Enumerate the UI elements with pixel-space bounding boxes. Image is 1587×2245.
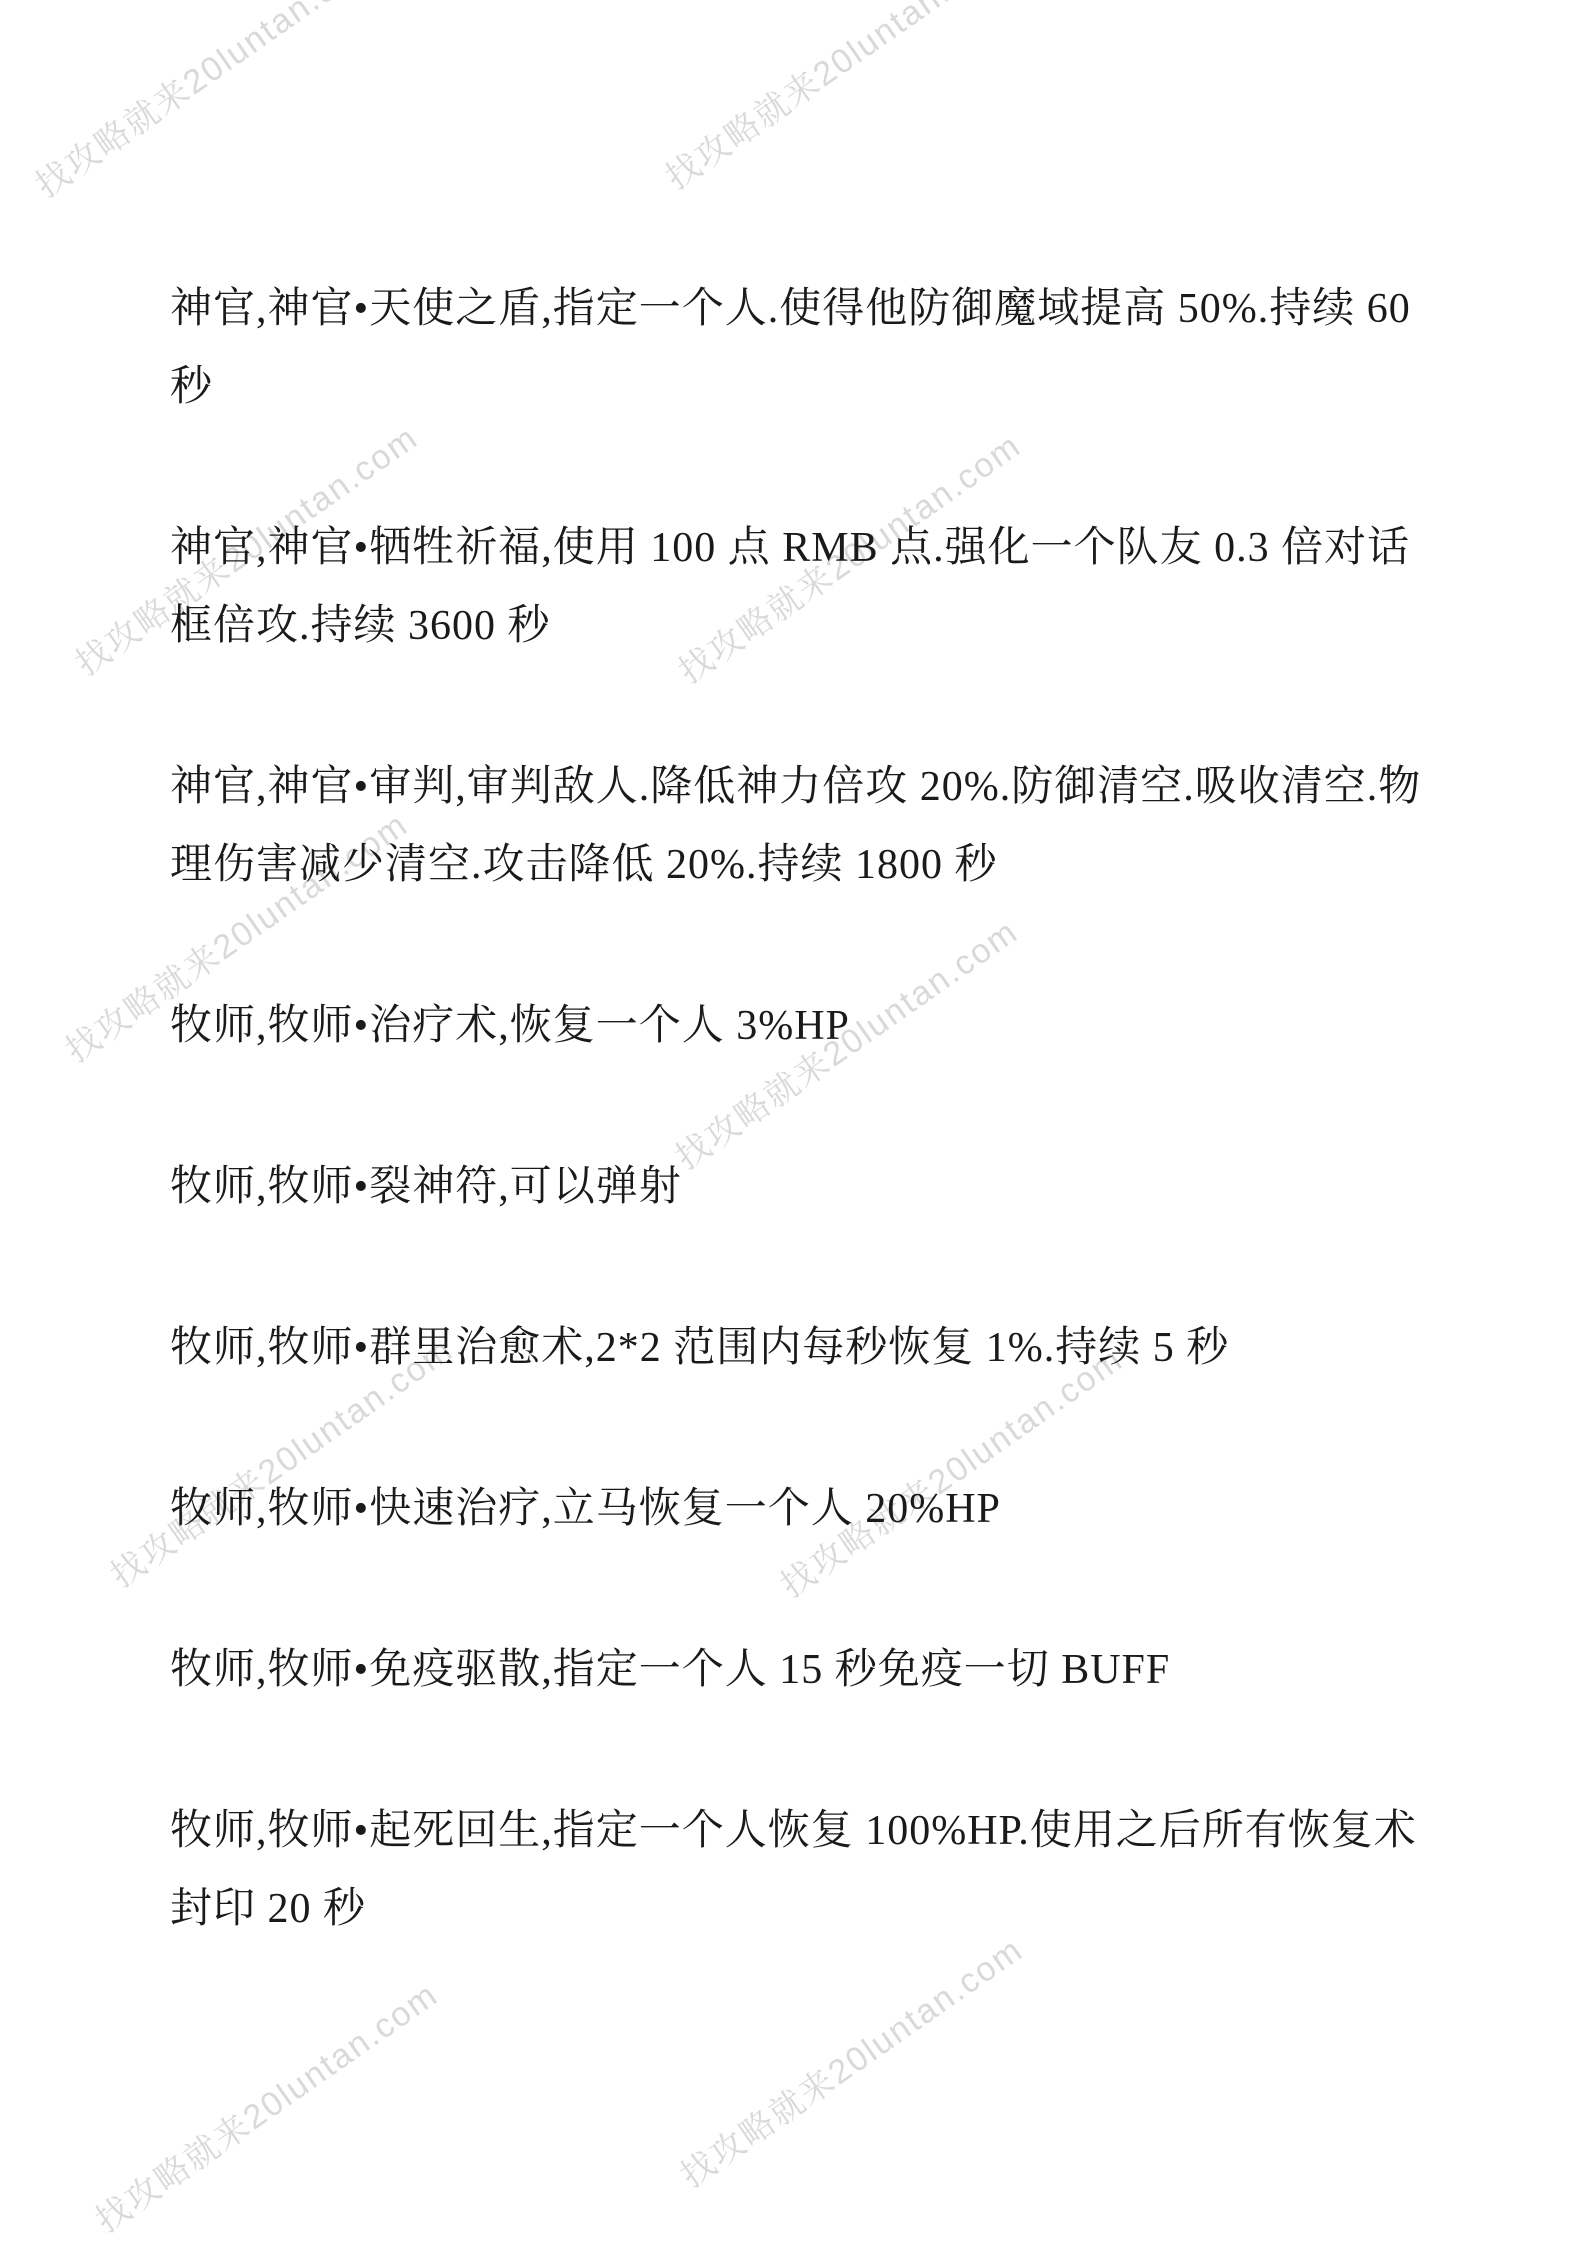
- document-text: 神官,神官•天使之盾,指定一个人.使得他防御魔域提高 50%.持续 60 秒 神…: [170, 270, 1425, 2031]
- watermark: 找攻略就来20luntan.com: [24, 0, 386, 207]
- paragraph-skill-heal: 牧师,牧师•治疗术,恢复一个人 3%HP: [170, 987, 1425, 1065]
- paragraph-skill-angel-shield: 神官,神官•天使之盾,指定一个人.使得他防御魔域提高 50%.持续 60 秒: [170, 270, 1425, 426]
- watermark: 找攻略就来20luntan.com: [654, 0, 1016, 199]
- paragraph-skill-split-rune: 牧师,牧师•裂神符,可以弹射: [170, 1148, 1425, 1226]
- paragraph-skill-sacrifice-bless: 神官,神官•牺牲祈福,使用 100 点 RMB 点.强化一个队友 0.3 倍对话…: [170, 509, 1425, 665]
- paragraph-skill-resurrection: 牧师,牧师•起死回生,指定一个人恢复 100%HP.使用之后所有恢复术封印 20…: [170, 1792, 1425, 1948]
- paragraph-skill-group-heal: 牧师,牧师•群里治愈术,2*2 范围内每秒恢复 1%.持续 5 秒: [170, 1309, 1425, 1387]
- document-page: 找攻略就来20luntan.com 找攻略就来20luntan.com 找攻略就…: [0, 0, 1587, 2245]
- paragraph-skill-immune-dispel: 牧师,牧师•免疫驱散,指定一个人 15 秒免疫一切 BUFF: [170, 1631, 1425, 1709]
- paragraph-skill-quick-heal: 牧师,牧师•快速治疗,立马恢复一个人 20%HP: [170, 1470, 1425, 1548]
- paragraph-skill-judgement: 神官,神官•审判,审判敌人.降低神力倍攻 20%.防御清空.吸收清空.物理伤害减…: [170, 748, 1425, 904]
